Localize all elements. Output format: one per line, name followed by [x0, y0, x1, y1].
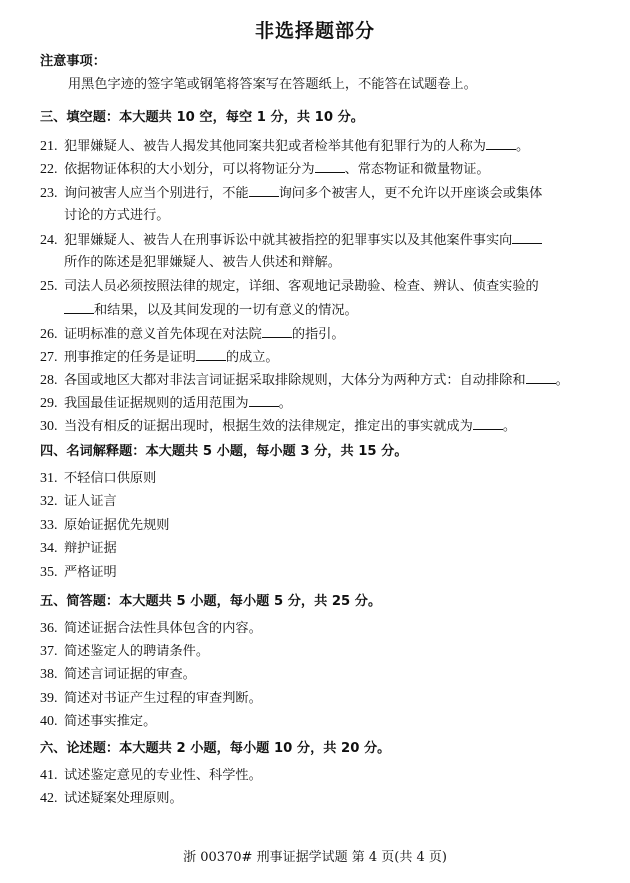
question-number: 29.: [40, 395, 64, 413]
question-text: 简述事实推定。: [64, 714, 156, 729]
question-41: 41.试述鉴定意见的专业性、科学性。: [40, 767, 262, 785]
question-36: 36.简述证据合法性具体包含的内容。: [40, 620, 262, 638]
question-23: 23.询问被害人应当个别进行，不能询问多个被害人，更不允许以开座谈会或集体: [40, 184, 542, 203]
notice-heading: 注意事项：: [40, 53, 106, 71]
question-33: 33.原始证据优先规则: [40, 517, 170, 535]
question-number: 30.: [40, 418, 64, 436]
question-text: 试述鉴定意见的专业性、科学性。: [64, 768, 262, 783]
question-25-continuation: 和结果，以及其间发现的一切有意义的情况。: [64, 301, 358, 320]
question-text: 简述对书证产生过程的审查判断。: [64, 691, 262, 706]
section-heading-short-answer: 五、简答题：本大题共 5 小题，每小题 5 分，共 25 分。: [40, 593, 381, 611]
question-31: 31.不轻信口供原则: [40, 470, 156, 488]
question-text: 不轻信口供原则: [64, 471, 156, 486]
question-text: 原始证据优先规则: [64, 518, 170, 533]
question-text: 犯罪嫌疑人、被告人揭发其他同案共犯或者检举其他有犯罪行为的人称为: [64, 139, 486, 154]
question-21: 21.犯罪嫌疑人、被告人揭发其他同案共犯或者检举其他有犯罪行为的人称为。: [40, 137, 529, 156]
question-number: 22.: [40, 161, 64, 179]
question-42: 42.试述疑案处理原则。: [40, 790, 183, 808]
question-text: 简述言词证据的审查。: [64, 667, 196, 682]
question-34: 34.辩护证据: [40, 540, 117, 558]
question-23-continuation: 讨论的方式进行。: [64, 207, 170, 225]
page-title: 非选择题部分: [0, 16, 630, 43]
question-text: 严格证明: [64, 565, 117, 580]
question-text: 证明标准的意义首先体现在对法院: [64, 327, 262, 342]
question-number: 32.: [40, 493, 64, 511]
question-text: 当没有相反的证据出现时，根据生效的法律规定，推定出的事实就成为: [64, 419, 473, 434]
answer-blank: [249, 184, 279, 197]
question-28: 28.各国或地区大都对非法言词证据采取排除规则，大体分为两种方式：自动排除和。: [40, 371, 569, 390]
question-number: 36.: [40, 620, 64, 638]
question-38: 38.简述言词证据的审查。: [40, 666, 196, 684]
question-text: 刑事推定的任务是证明: [64, 350, 196, 365]
question-number: 40.: [40, 713, 64, 731]
question-35: 35.严格证明: [40, 564, 117, 582]
answer-blank: [196, 348, 226, 361]
section-heading-fill-in: 三、填空题：本大题共 10 空，每空 1 分，共 10 分。: [40, 109, 364, 127]
question-37: 37.简述鉴定人的聘请条件。: [40, 643, 209, 661]
answer-blank: [473, 417, 503, 430]
section-heading-essay: 六、论述题：本大题共 2 小题，每小题 10 分，共 20 分。: [40, 740, 390, 758]
question-text: 犯罪嫌疑人、被告人在刑事诉讼中就其被指控的犯罪事实以及其他案件事实向: [64, 233, 512, 248]
answer-blank: [64, 301, 94, 314]
question-text: 司法人员必须按照法律的规定，详细、客观地记录勘验、检查、辨认、侦查实验的: [64, 279, 539, 294]
question-32: 32.证人证言: [40, 493, 117, 511]
answer-blank: [249, 394, 279, 407]
question-number: 26.: [40, 326, 64, 344]
question-text-end: 。: [556, 373, 569, 388]
answer-blank: [315, 160, 345, 173]
question-number: 42.: [40, 790, 64, 808]
question-text: 询问被害人应当个别进行，不能: [64, 186, 249, 201]
question-number: 33.: [40, 517, 64, 535]
answer-blank: [262, 325, 292, 338]
question-text-end: 、常态物证和微量物证。: [345, 162, 490, 177]
question-number: 41.: [40, 767, 64, 785]
exam-page: 非选择题部分 注意事项： 用黑色字迹的签字笔或钢笔将答案写在答题纸上，不能答在试…: [0, 0, 630, 883]
answer-blank: [512, 231, 542, 244]
question-22: 22.依据物证体积的大小划分，可以将物证分为、常态物证和微量物证。: [40, 160, 490, 179]
question-number: 38.: [40, 666, 64, 684]
question-number: 24.: [40, 232, 64, 250]
question-text: 简述鉴定人的聘请条件。: [64, 644, 209, 659]
question-24: 24.犯罪嫌疑人、被告人在刑事诉讼中就其被指控的犯罪事实以及其他案件事实向: [40, 231, 542, 250]
question-text-end: 询问多个被害人，更不允许以开座谈会或集体: [279, 186, 543, 201]
question-text: 我国最佳证据规则的适用范围为: [64, 396, 249, 411]
question-text-end: 的指引。: [292, 327, 345, 342]
question-number: 25.: [40, 278, 64, 296]
question-number: 23.: [40, 185, 64, 203]
question-number: 34.: [40, 540, 64, 558]
question-25: 25.司法人员必须按照法律的规定，详细、客观地记录勘验、检查、辨认、侦查实验的: [40, 278, 539, 296]
question-number: 31.: [40, 470, 64, 488]
question-text: 试述疑案处理原则。: [64, 791, 183, 806]
notice-text: 用黑色字迹的签字笔或钢笔将答案写在答题纸上，不能答在试题卷上。: [68, 76, 477, 94]
question-number: 27.: [40, 349, 64, 367]
question-number: 39.: [40, 690, 64, 708]
question-text-end: 。: [279, 396, 292, 411]
answer-blank: [526, 371, 556, 384]
section-heading-definitions: 四、名词解释题：本大题共 5 小题，每小题 3 分，共 15 分。: [40, 443, 408, 461]
question-27: 27.刑事推定的任务是证明的成立。: [40, 348, 279, 367]
question-text: 各国或地区大都对非法言词证据采取排除规则，大体分为两种方式：自动排除和: [64, 373, 526, 388]
question-text: 证人证言: [64, 494, 117, 509]
question-number: 28.: [40, 372, 64, 390]
question-text-end: 。: [516, 139, 529, 154]
question-40: 40.简述事实推定。: [40, 713, 156, 731]
page-footer: 浙 00370# 刑事证据学试题 第 4 页(共 4 页): [0, 846, 630, 865]
question-text-end: 和结果，以及其间发现的一切有意义的情况。: [94, 303, 358, 318]
question-24-continuation: 所作的陈述是犯罪嫌疑人、被告人供述和辩解。: [64, 254, 341, 272]
question-text: 辩护证据: [64, 541, 117, 556]
question-text: 简述证据合法性具体包含的内容。: [64, 621, 262, 636]
answer-blank: [486, 137, 516, 150]
question-number: 21.: [40, 138, 64, 156]
question-39: 39.简述对书证产生过程的审查判断。: [40, 690, 262, 708]
question-30: 30.当没有相反的证据出现时，根据生效的法律规定，推定出的事实就成为。: [40, 417, 516, 436]
question-number: 35.: [40, 564, 64, 582]
question-text-end: 。: [503, 419, 516, 434]
question-number: 37.: [40, 643, 64, 661]
question-text-end: 的成立。: [226, 350, 279, 365]
question-text: 依据物证体积的大小划分，可以将物证分为: [64, 162, 315, 177]
question-26: 26.证明标准的意义首先体现在对法院的指引。: [40, 325, 345, 344]
question-29: 29.我国最佳证据规则的适用范围为。: [40, 394, 292, 413]
